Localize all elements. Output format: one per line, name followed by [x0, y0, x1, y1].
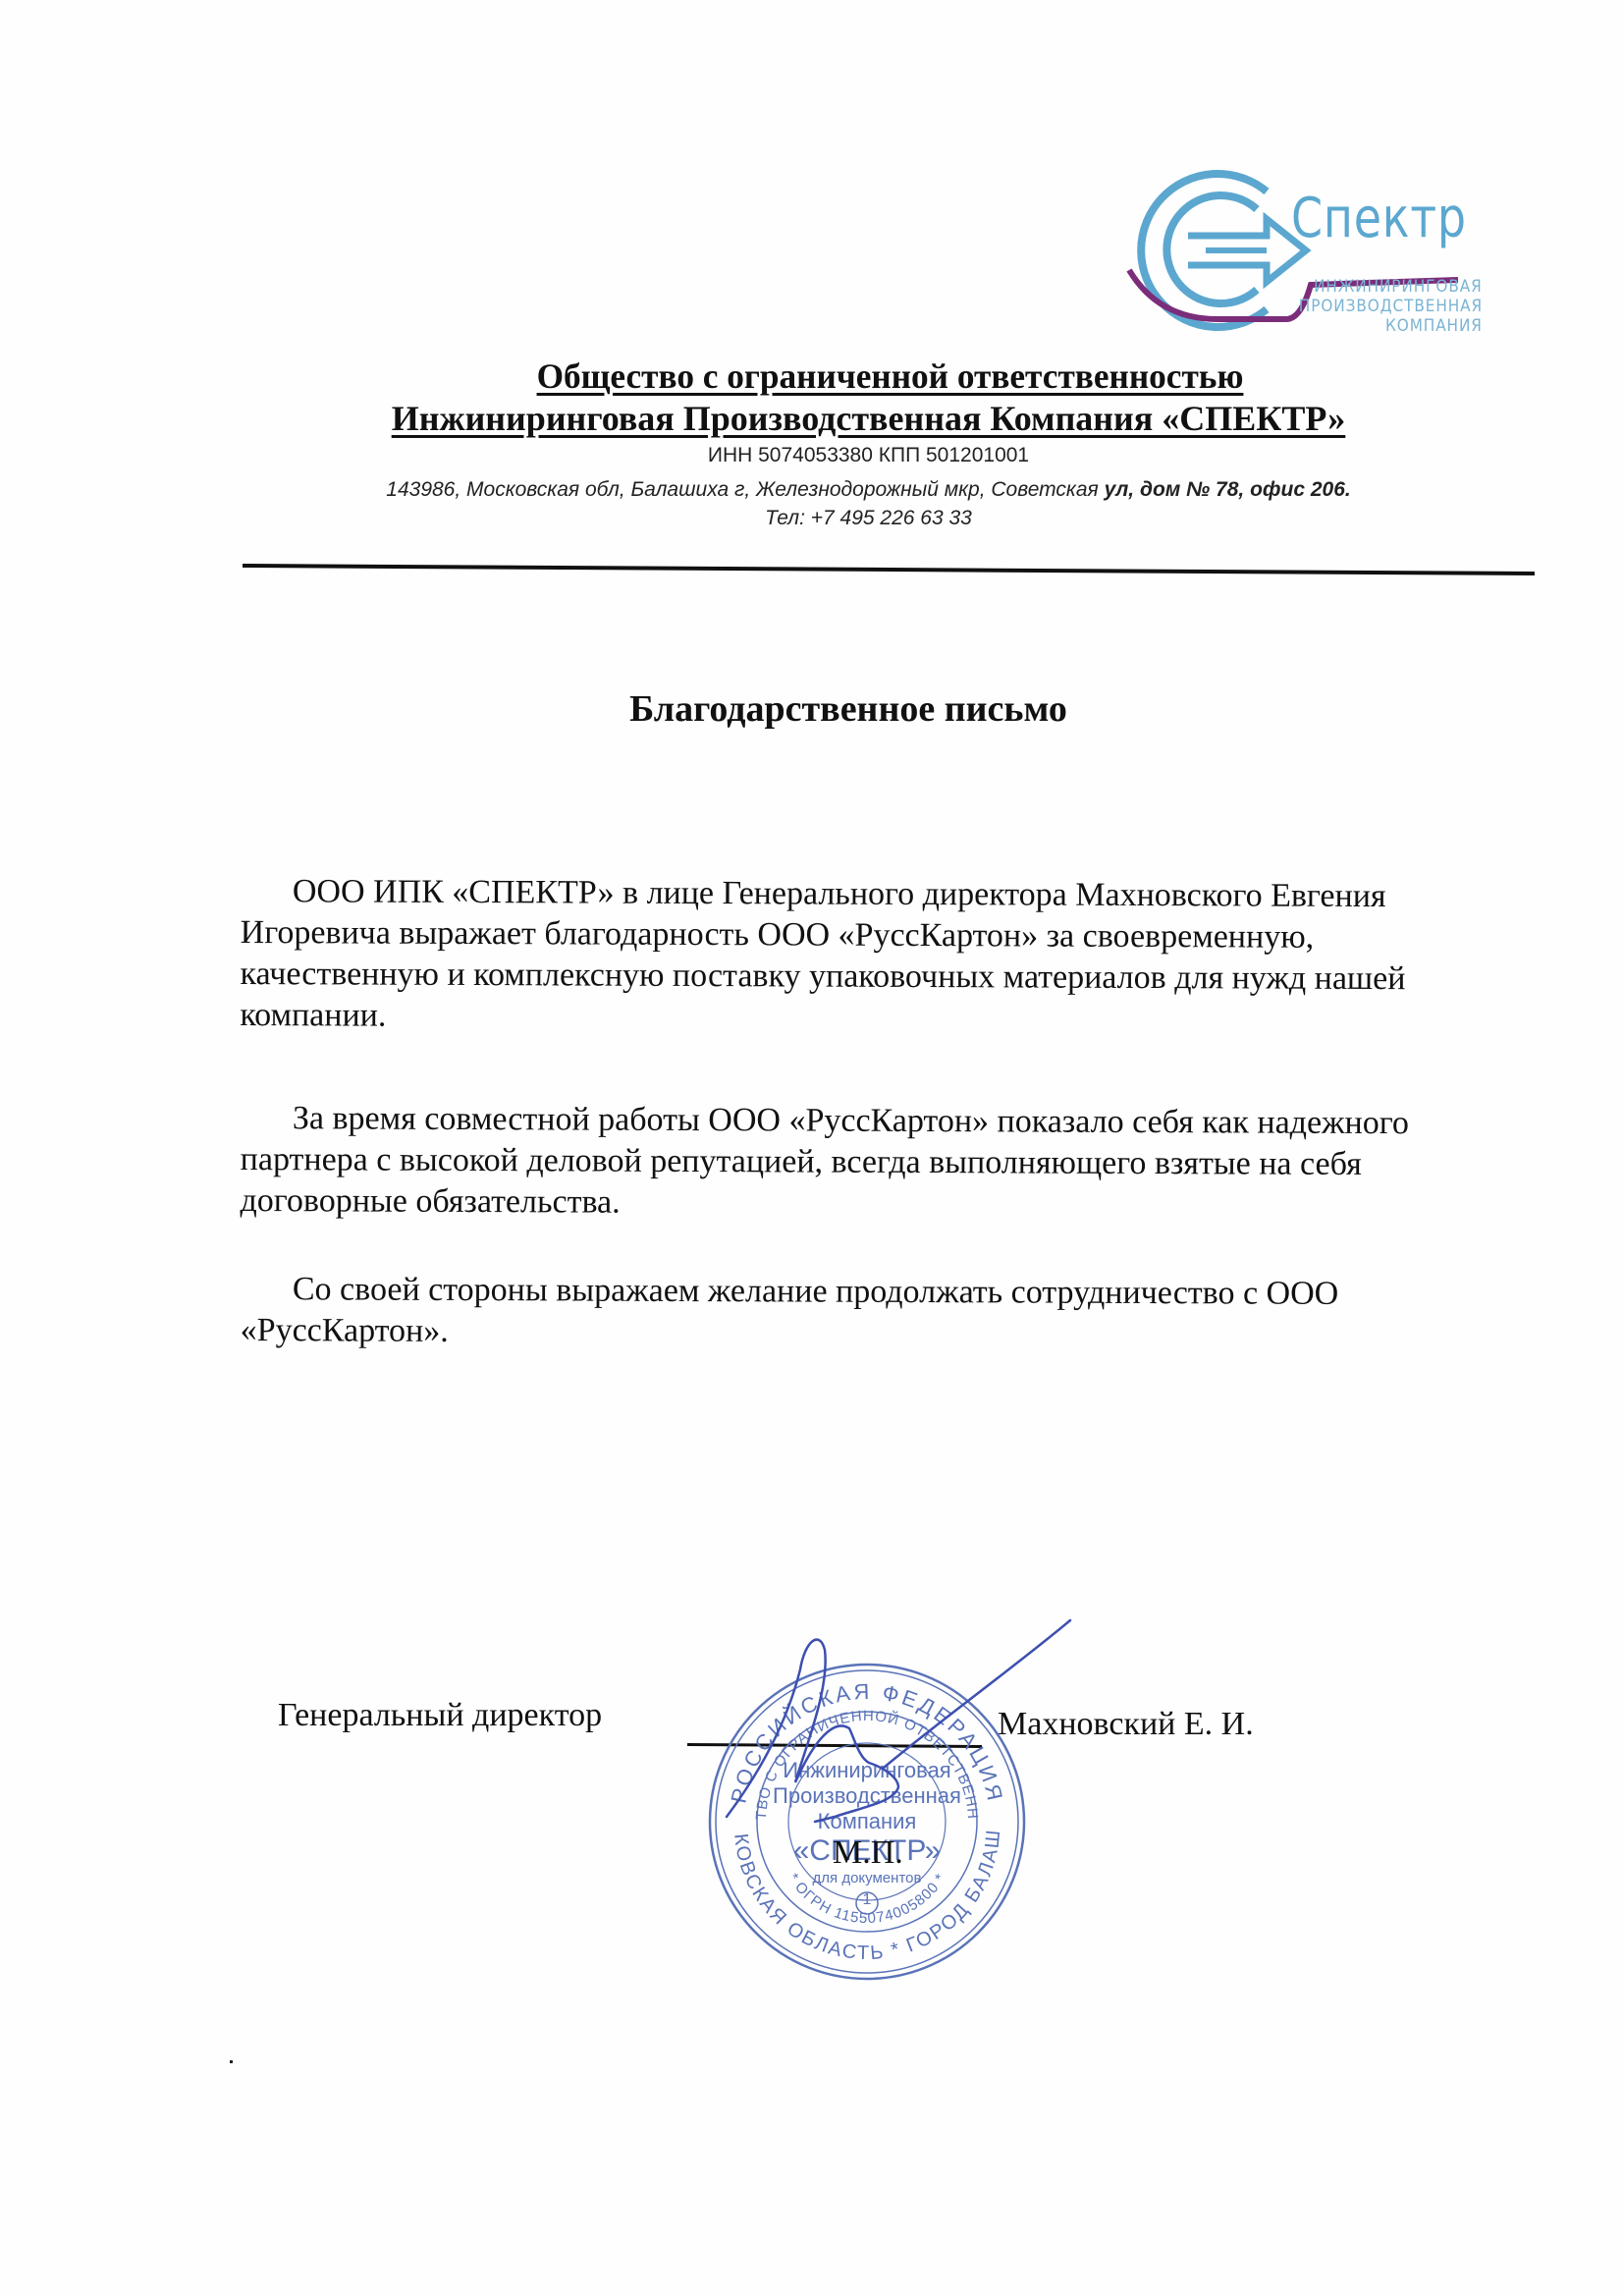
logo-wordmark: Спектр [1291, 187, 1467, 250]
logo-subtitle-line: ПРОИЗВОДСТВЕННАЯ [1299, 297, 1483, 316]
address-bold: ул, дом № 78, офис 206. [1105, 478, 1351, 501]
company-name: Инжиниринговая Производственная Компания… [57, 398, 1623, 439]
logo-subtitle-line: КОМПАНИЯ [1385, 316, 1483, 336]
paragraph-text: ООО ИПК «СПЕКТР» в лице Генерального дир… [240, 873, 1405, 1033]
body-paragraph: Со своей стороны выражаем желание продол… [241, 1269, 1488, 1357]
company-logo: Спектр ИНЖИНИРИНГОВАЯ ПРОИЗВОДСТВЕННАЯ К… [1119, 162, 1512, 358]
paragraph-text: За время совместной работы ООО «РуссКарт… [240, 1100, 1409, 1220]
handwritten-signature-icon [687, 1611, 1100, 1935]
company-legal-form: Общество с ограниченной ответственностью [95, 355, 1623, 397]
company-inn-kpp: ИНН 5074053380 КПП 501201001 [57, 444, 1623, 467]
seal-placeholder-label: М.П. [833, 1834, 903, 1872]
company-address: 143986, Московская обл, Балашиха г, Желе… [57, 478, 1623, 502]
letter-page: Спектр ИНЖИНИРИНГОВАЯ ПРОИЗВОДСТВЕННАЯ К… [0, 0, 1623, 2296]
logo-subtitle-line: ИНЖИНИРИНГОВАЯ [1314, 277, 1483, 297]
document-title: Благодарственное письмо [0, 687, 1623, 731]
scan-speck [230, 2060, 233, 2063]
header-divider [243, 564, 1535, 575]
company-phone: Тел: +7 495 226 63 33 [57, 507, 1623, 530]
body-paragraph: ООО ИПК «СПЕКТР» в лице Генерального дир… [240, 871, 1488, 1042]
paragraph-text: Со своей стороны выражаем желание продол… [241, 1271, 1339, 1349]
address-regular: 143986, Московская обл, Балашиха г, Желе… [386, 478, 1104, 501]
signer-role: Генеральный директор [278, 1697, 602, 1734]
body-paragraph: За время совместной работы ООО «РуссКарт… [240, 1098, 1488, 1228]
